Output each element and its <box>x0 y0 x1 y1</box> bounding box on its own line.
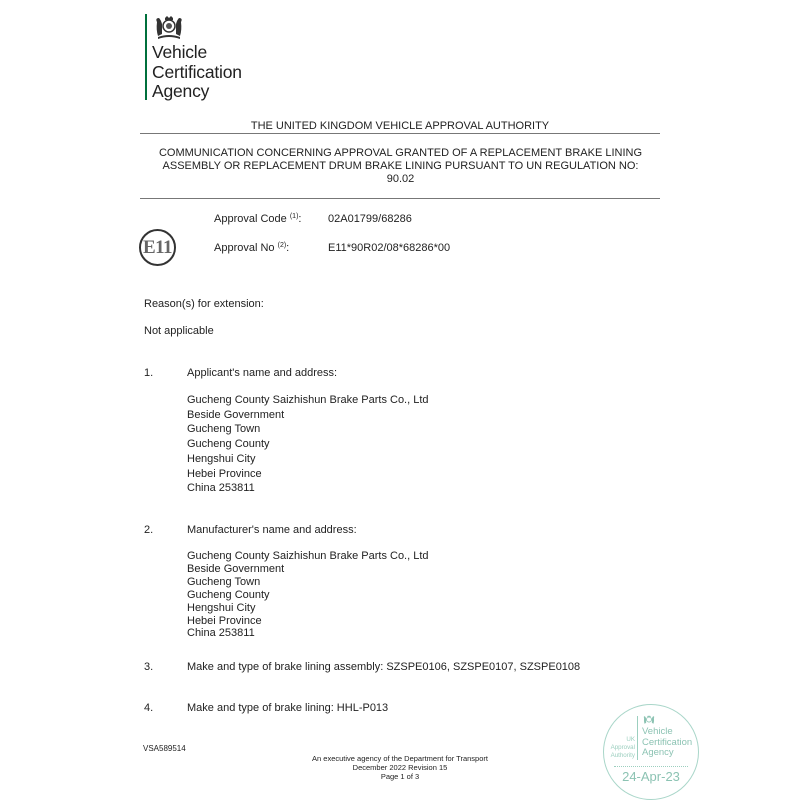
approval-no-value: E11*90R02/08*68286*00 <box>328 242 450 254</box>
section-number: 2. <box>144 524 153 536</box>
approval-code-value: 02A01799/68286 <box>328 213 412 225</box>
stamp-separator <box>614 766 688 767</box>
stamp-line: Agency <box>642 748 692 759</box>
section-number: 4. <box>144 702 153 714</box>
footer-info: An executive agency of the Department fo… <box>290 754 510 781</box>
address-line: Hengshui City <box>187 452 429 467</box>
document-reference: VSA589514 <box>143 744 186 753</box>
title-line: ASSEMBLY OR REPLACEMENT DRUM BRAKE LININ… <box>148 160 653 173</box>
authority-heading: THE UNITED KINGDOM VEHICLE APPROVAL AUTH… <box>140 120 660 132</box>
footer-line: December 2022 Revision 15 <box>290 763 510 772</box>
address-line: China 253811 <box>187 481 429 496</box>
approval-code-label-text: Approval Code <box>214 213 287 225</box>
stamp-crest-icon <box>642 714 656 726</box>
logo-line: Certification <box>152 63 242 83</box>
logo-accent-bar <box>145 14 147 100</box>
applicant-heading: Applicant's name and address: <box>187 367 337 379</box>
address-line: Hengshui City <box>187 602 429 615</box>
title-line: COMMUNICATION CONCERNING APPROVAL GRANTE… <box>148 147 653 160</box>
section-number: 3. <box>144 661 153 673</box>
address-line: Hebei Province <box>187 467 429 482</box>
document-title: COMMUNICATION CONCERNING APPROVAL GRANTE… <box>148 147 653 186</box>
divider <box>140 198 660 199</box>
address-line: Gucheng Town <box>187 422 429 437</box>
logo-line: Vehicle <box>152 43 242 63</box>
address-line: Hebei Province <box>187 615 429 628</box>
footnote-ref: (2) <box>278 242 287 249</box>
stamp-date: 24-Apr-23 <box>603 769 699 784</box>
extension-value: Not applicable <box>144 325 214 337</box>
brake-lining-assembly: Make and type of brake lining assembly: … <box>187 661 580 673</box>
stamp-line: Authority <box>606 752 635 760</box>
extension-label: Reason(s) for extension: <box>144 298 264 310</box>
footnote-ref: (1) <box>290 213 299 220</box>
address-line: Gucheng County <box>187 437 429 452</box>
approval-code-label: Approval Code (1): <box>214 213 301 225</box>
manufacturer-heading: Manufacturer's name and address: <box>187 524 357 536</box>
e-mark-badge: E11 <box>139 229 176 266</box>
address-line: Gucheng Town <box>187 576 429 589</box>
page-number: Page 1 of 3 <box>290 772 510 781</box>
royal-coat-of-arms-icon <box>152 14 186 40</box>
address-line: Beside Government <box>187 563 429 576</box>
manufacturer-address: Gucheng County Saizhishun Brake Parts Co… <box>187 550 429 640</box>
stamp-line: UK <box>606 736 635 744</box>
stamp-line: Vehicle <box>642 727 692 738</box>
address-line: Gucheng County <box>187 589 429 602</box>
agency-logo-text: Vehicle Certification Agency <box>152 43 242 102</box>
approval-no-label-text: Approval No <box>214 242 275 254</box>
title-line: 90.02 <box>148 173 653 186</box>
stamp-agency-text: Vehicle Certification Agency <box>642 727 692 759</box>
address-line: Gucheng County Saizhishun Brake Parts Co… <box>187 550 429 563</box>
divider <box>140 133 660 134</box>
footer-line: An executive agency of the Department fo… <box>290 754 510 763</box>
address-line: China 253811 <box>187 627 429 640</box>
brake-lining: Make and type of brake lining: HHL-P013 <box>187 702 388 714</box>
stamp-divider <box>637 716 638 760</box>
applicant-address: Gucheng County Saizhishun Brake Parts Co… <box>187 393 429 496</box>
logo-line: Agency <box>152 82 242 102</box>
approval-no-label: Approval No (2): <box>214 242 289 254</box>
stamp-line: Approval <box>606 744 635 752</box>
stamp-authority-text: UK Approval Authority <box>606 736 635 760</box>
section-number: 1. <box>144 367 153 379</box>
address-line: Gucheng County Saizhishun Brake Parts Co… <box>187 393 429 408</box>
address-line: Beside Government <box>187 408 429 423</box>
